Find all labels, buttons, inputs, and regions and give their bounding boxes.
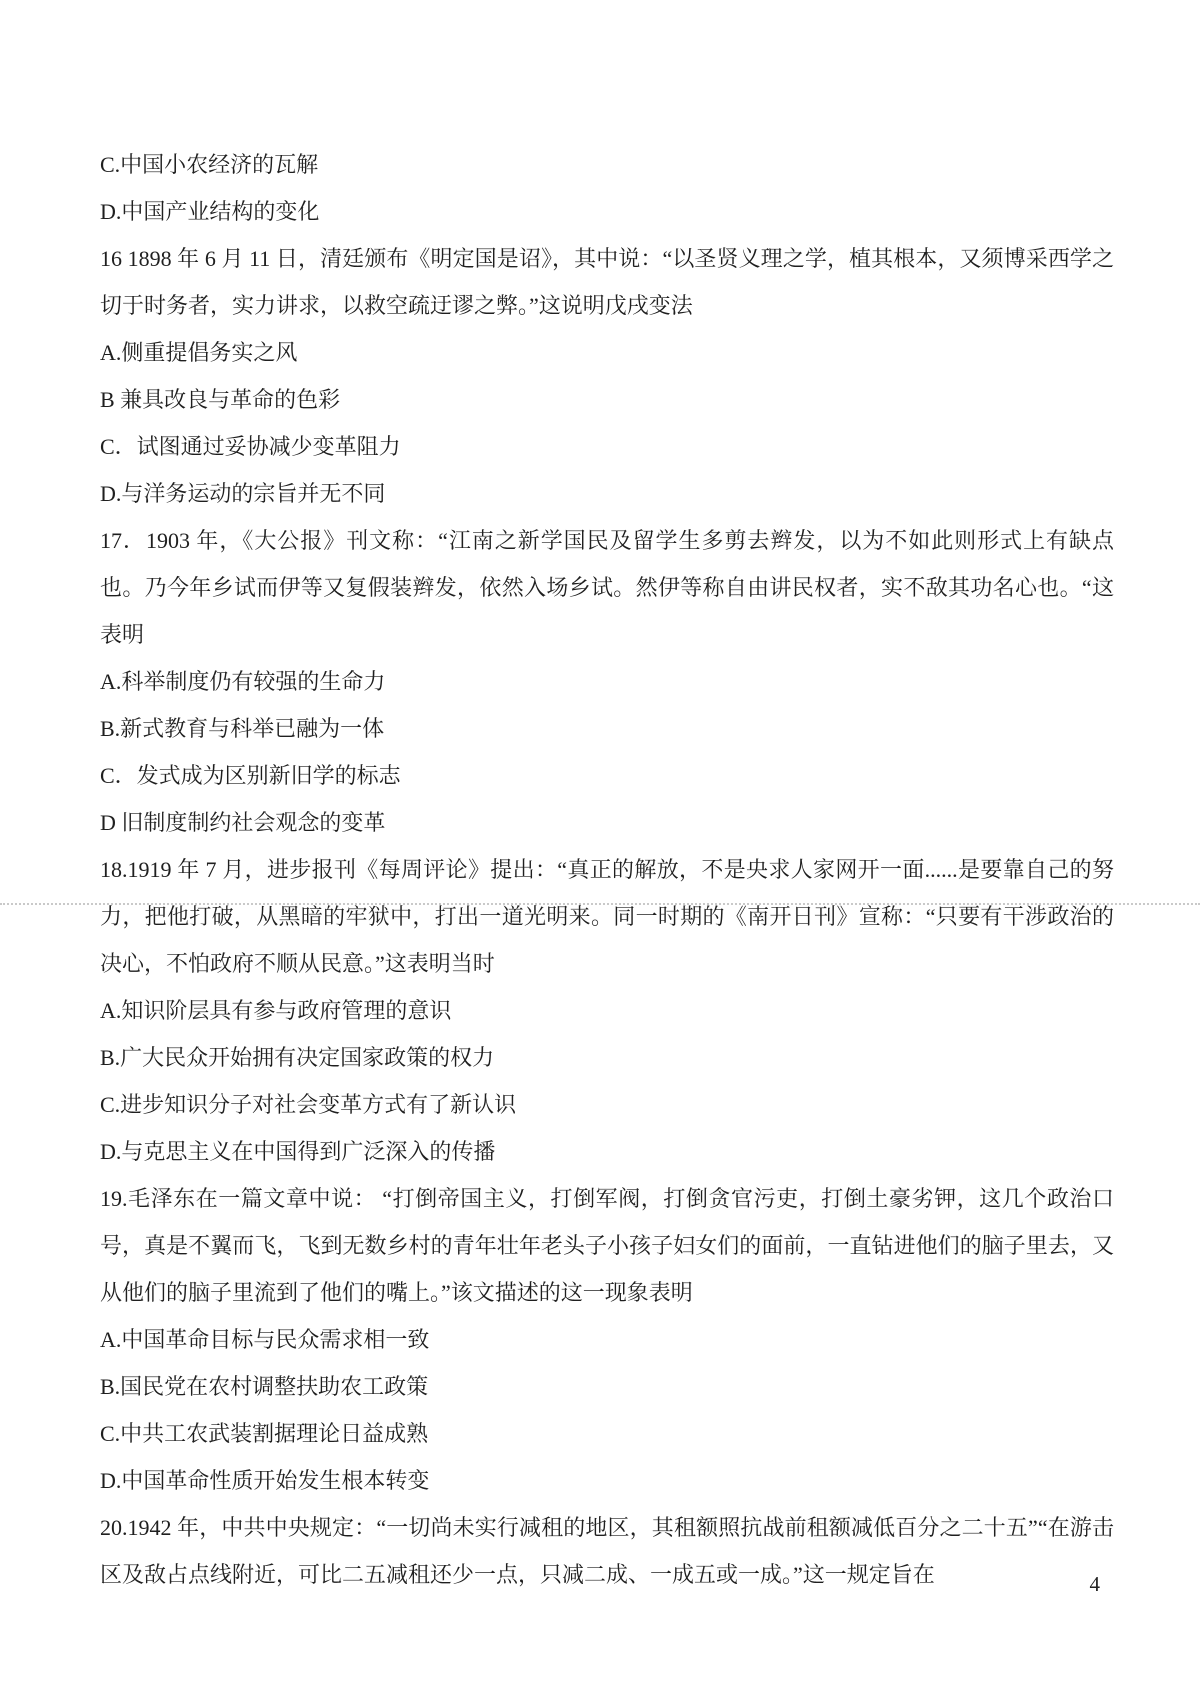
question-19-option-b: B.国民党在农村调整扶助农工政策 <box>100 1363 1114 1410</box>
exam-content: C.中国小农经济的瓦解 D.中国产业结构的变化 16 1898 年 6 月 11… <box>100 141 1114 1598</box>
question-18-option-c: C.进步知识分子对社会变革方式有了新认识 <box>100 1081 1114 1128</box>
question-16-option-a: A.侧重提倡务实之风 <box>100 329 1114 376</box>
question-18-option-b: B.广大民众开始拥有决定国家政策的权力 <box>100 1034 1114 1081</box>
exam-page: C.中国小农经济的瓦解 D.中国产业结构的变化 16 1898 年 6 月 11… <box>0 0 1200 1698</box>
question-19-option-a: A.中国革命目标与民众需求相一致 <box>100 1316 1114 1363</box>
question-18: 18.1919 年 7 月，进步报刊《每周评论》提出：“真正的解放，不是央求人家… <box>100 846 1114 1175</box>
question-16-option-b: B 兼具改良与革命的色彩 <box>100 376 1114 423</box>
question-16-stem: 16 1898 年 6 月 11 日，清廷颁布《明定国是诏》，其中说：“以圣贤义… <box>100 235 1114 329</box>
question-20-stem: 20.1942 年，中共中央规定：“一切尚未实行减租的地区，其租额照抗战前租额减… <box>100 1504 1114 1598</box>
page-number: 4 <box>1090 1570 1101 1598</box>
question-18-option-d: D.与克思主义在中国得到广泛深入的传播 <box>100 1128 1114 1175</box>
question-19-stem: 19.毛泽东在一篇文章中说： “打倒帝国主义，打倒军阀，打倒贪官污吏，打倒土豪劣… <box>100 1175 1114 1316</box>
page-break-dotted-line <box>0 903 1200 905</box>
question-17-option-c: C．发式成为区别新旧学的标志 <box>100 752 1114 799</box>
question-17-option-a: A.科举制度仍有较强的生命力 <box>100 658 1114 705</box>
question-16: 16 1898 年 6 月 11 日，清廷颁布《明定国是诏》，其中说：“以圣贤义… <box>100 235 1114 517</box>
orphan-option-d: D.中国产业结构的变化 <box>100 188 1114 235</box>
question-19: 19.毛泽东在一篇文章中说： “打倒帝国主义，打倒军阀，打倒贪官污吏，打倒土豪劣… <box>100 1175 1114 1504</box>
question-17-option-b: B.新式教育与科举已融为一体 <box>100 705 1114 752</box>
question-20: 20.1942 年，中共中央规定：“一切尚未实行减租的地区，其租额照抗战前租额减… <box>100 1504 1114 1598</box>
question-18-option-a: A.知识阶层具有参与政府管理的意识 <box>100 987 1114 1034</box>
orphan-option-c: C.中国小农经济的瓦解 <box>100 141 1114 188</box>
question-17: 17．1903 年，《大公报》刊文称：“江南之新学国民及留学生多剪去辫发，以为不… <box>100 517 1114 846</box>
question-19-option-d: D.中国革命性质开始发生根本转变 <box>100 1457 1114 1504</box>
question-18-stem: 18.1919 年 7 月，进步报刊《每周评论》提出：“真正的解放，不是央求人家… <box>100 846 1114 987</box>
question-19-option-c: C.中共工农武装割据理论日益成熟 <box>100 1410 1114 1457</box>
question-16-option-d: D.与洋务运动的宗旨并无不同 <box>100 470 1114 517</box>
question-16-option-c: C．试图通过妥协减少变革阻力 <box>100 423 1114 470</box>
question-17-option-d: D 旧制度制约社会观念的变革 <box>100 799 1114 846</box>
question-17-stem: 17．1903 年，《大公报》刊文称：“江南之新学国民及留学生多剪去辫发，以为不… <box>100 517 1114 658</box>
